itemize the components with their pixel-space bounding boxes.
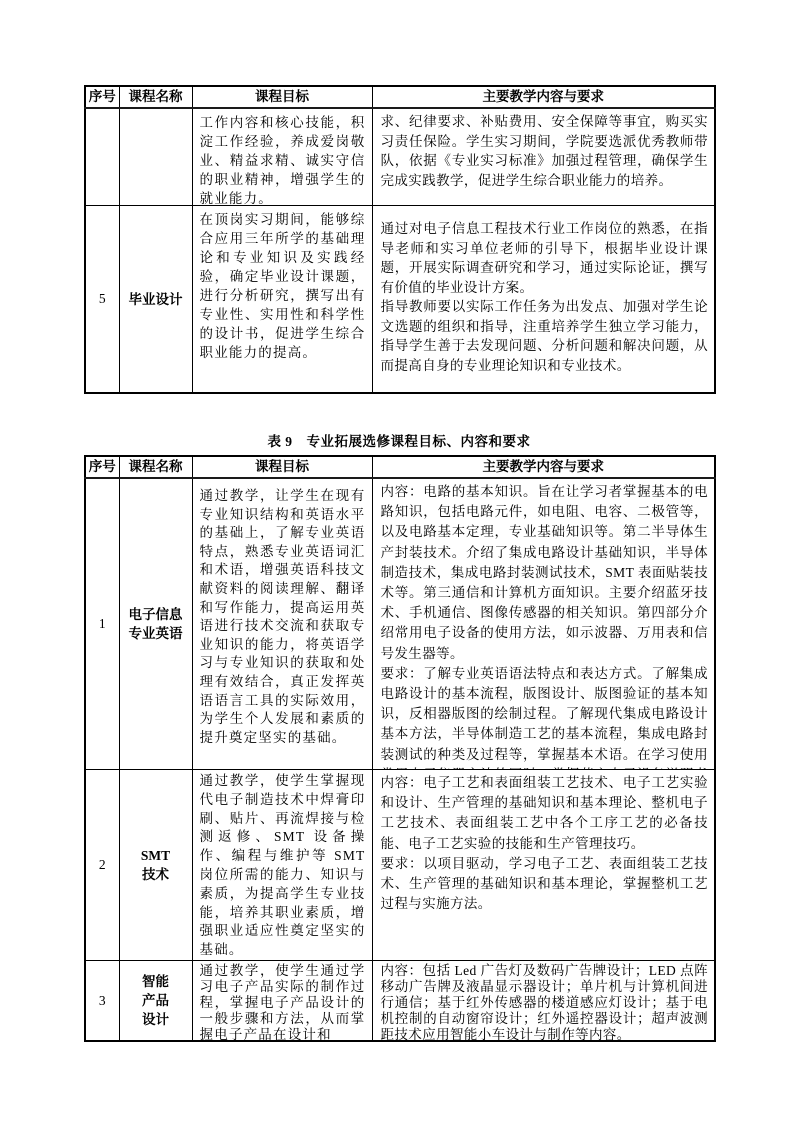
content-paragraph: 指导教师要以实际工作任务为出发点、加强对学生论文选题的组织和指导，注重培养学生独… [381, 297, 709, 375]
course-goal: 通过教学，让学生在现有专业知识结构和英语水平的基础上，了解专业英语特点，熟悉专业… [193, 479, 372, 769]
row-number: 5 [86, 291, 119, 307]
table-row: 工作内容和核心技能，积淀工作经验，养成爱岗敬业、精益求精、诚实守信的职业精神，增… [85, 108, 715, 206]
table-row: 1 电子信息 专业英语 通过教学，让学生在现有专业知识结构和英语水平的基础上，了… [85, 478, 715, 770]
course-main-content: 通过对电子信息工程技术行业工作岗位的熟悉，在指导老师和实习单位老师的引导下，根据… [373, 206, 715, 392]
content-paragraph: 要求：以项目驱动，学习电子工艺、表面组装工艺技术、生产管理的基础知识和基本理论，… [381, 854, 709, 915]
course-main-content: 内容：电路的基本知识。旨在让学习者掌握基本的电路知识，包括电路元件，如电阻、电容… [373, 479, 715, 769]
course-goal: 通过教学，使学生掌握现代电子制造技术中焊膏印刷、贴片、再流焊接与检测返修、SMT… [193, 770, 372, 960]
content-paragraph: 要求：了解专业英语语法特点和表达方式。了解集成电路设计的基本流程，版图设计、版图… [381, 664, 709, 769]
content-paragraph: 通过对电子信息工程技术行业工作岗位的熟悉，在指导老师和实习单位老师的引导下，根据… [381, 219, 709, 297]
header-cell-name: 课程名称 [119, 86, 192, 108]
row-number: 2 [86, 857, 119, 873]
course-goal: 工作内容和核心技能，积淀工作经验，养成爱岗敬业、精益求精、诚实守信的职业精神，增… [193, 109, 372, 205]
table-header-row: 序号 课程名称 课程目标 主要教学内容与要求 [85, 86, 715, 108]
content-paragraph: 内容：电路的基本知识。旨在让学习者掌握基本的电路知识，包括电路元件，如电阻、电容… [381, 482, 709, 664]
header-cell-main: 主要教学内容与要求 [372, 86, 715, 108]
course-main-content: 求、纪律要求、补贴费用、安全保障等事宜，购买实习责任保险。学生实习期间，学院要选… [373, 109, 715, 205]
content-paragraph: 求、纪律要求、补贴费用、安全保障等事宜，购买实习责任保险。学生实习期间，学院要选… [381, 112, 709, 190]
content-paragraph: 内容：包括 Led 广告灯及数码广告牌设计；LED 点阵移动广告牌及液晶显示器设… [381, 963, 709, 1040]
course-main-content: 内容：电子工艺和表面组装工艺技术、电子工艺实验和设计、生产管理的基础知识和基本理… [373, 770, 715, 960]
table-row: 2 SMT 技术 通过教学，使学生掌握现代电子制造技术中焊膏印刷、贴片、再流焊接… [85, 770, 715, 961]
elective-course-table: 序号 课程名称 课程目标 主要教学内容与要求 1 电子信息 专业英语 通过教学，… [84, 455, 716, 1042]
header-cell-goal: 课程目标 [192, 86, 372, 108]
header-cell-no: 序号 [85, 456, 119, 478]
document-page: { "colors": { "text": "#000000", "border… [0, 0, 793, 1122]
course-goal: 在顶岗实习期间，能够综合应用三年所学的基础理论和专业知识及实践经验，确定毕业设计… [193, 206, 372, 392]
row-number: 1 [86, 616, 119, 632]
table-row: 5 毕业设计 在顶岗实习期间，能够综合应用三年所学的基础理论和专业知识及实践经验… [85, 206, 715, 394]
table9-caption: 表 9 专业拓展选修课程目标、内容和要求 [84, 430, 714, 450]
table-row: 3 智能 产品 设计 通过教学，使学生通过学习电子产品实际的制作过程，掌握电子产… [85, 961, 715, 1042]
row-number: 3 [86, 993, 119, 1009]
header-cell-name: 课程名称 [119, 456, 192, 478]
course-name: SMT 技术 [120, 846, 192, 884]
course-name: 智能 产品 设计 [120, 972, 192, 1029]
header-cell-goal: 课程目标 [192, 456, 372, 478]
course-goal: 通过教学，使学生通过学习电子产品实际的制作过程，掌握电子产品设计的一般步骤和方法… [193, 961, 372, 1040]
course-name: 电子信息 专业英语 [120, 605, 192, 643]
course-table-continued: 序号 课程名称 课程目标 主要教学内容与要求 工作内容和核心技能，积淀工作经验，… [84, 85, 716, 394]
header-cell-no: 序号 [85, 86, 119, 108]
table-header-row: 序号 课程名称 课程目标 主要教学内容与要求 [85, 456, 715, 478]
course-main-content: 内容：包括 Led 广告灯及数码广告牌设计；LED 点阵移动广告牌及液晶显示器设… [373, 961, 715, 1040]
header-cell-main: 主要教学内容与要求 [372, 456, 715, 478]
course-name: 毕业设计 [120, 290, 192, 309]
content-paragraph: 内容：电子工艺和表面组装工艺技术、电子工艺实验和设计、生产管理的基础知识和基本理… [381, 773, 709, 854]
